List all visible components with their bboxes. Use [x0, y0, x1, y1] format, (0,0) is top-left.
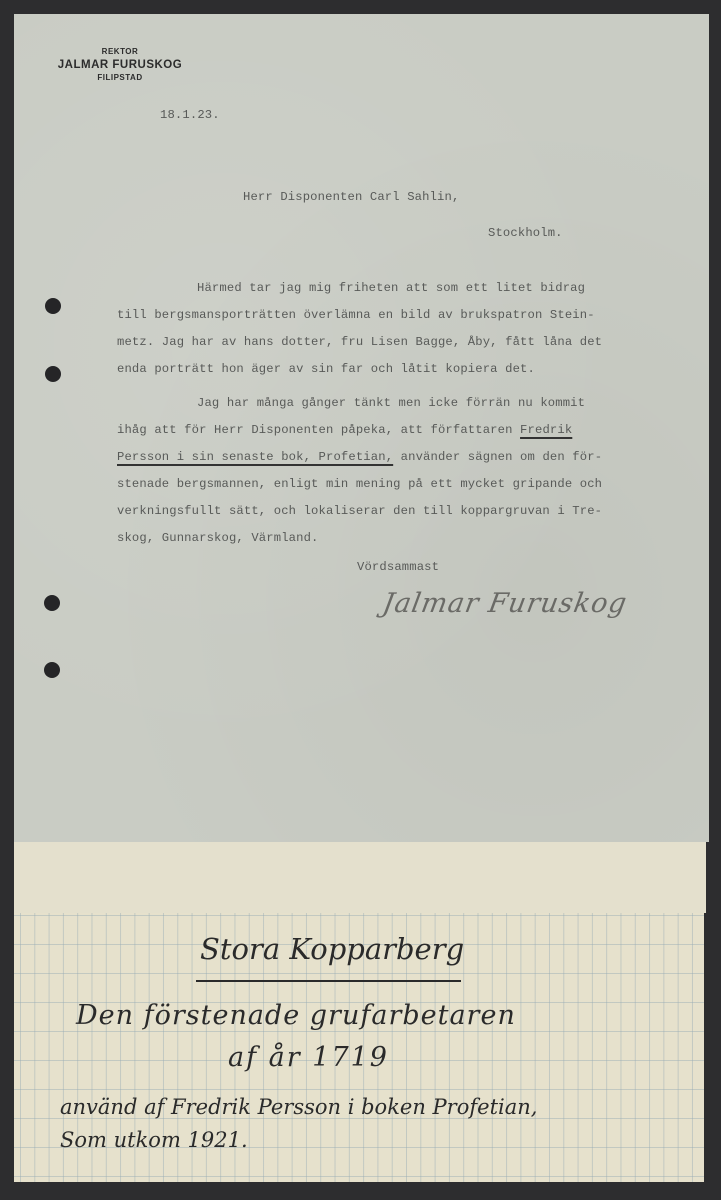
body-line: Jag har många gånger tänkt men icke förr…: [197, 396, 585, 410]
note-line: Den förstenade grufarbetaren: [76, 1000, 516, 1031]
paper-strip: [14, 842, 706, 913]
body-line: ihåg att för Herr Disponenten påpeka, at…: [117, 423, 572, 437]
body-line: metz. Jag har av hans dotter, fru Lisen …: [117, 335, 602, 349]
body-line: Persson i sin senaste bok, Profetian, an…: [117, 450, 602, 464]
heading-underline: [196, 980, 461, 982]
punch-hole: [44, 662, 60, 678]
letter-date: 18.1.23.: [160, 108, 220, 122]
punch-hole: [44, 595, 60, 611]
punch-hole: [45, 298, 61, 314]
closing: Vördsammast: [357, 560, 439, 574]
underlined-author: Fredrik: [520, 423, 572, 437]
body-line: verkningsfullt sätt, och lokaliserar den…: [117, 504, 602, 518]
body-line: enda porträtt hon äger av sin far och lå…: [117, 362, 535, 376]
note-line: af år 1719: [228, 1042, 389, 1073]
recipient-name: Herr Disponenten Carl Sahlin,: [243, 190, 459, 204]
punch-hole: [45, 366, 61, 382]
letterhead: REKTOR JALMAR FURUSKOG FILIPSTAD: [20, 46, 220, 84]
note-line: Som utkom 1921.: [60, 1128, 248, 1152]
body-line: till bergsmansporträtten överlämna en bi…: [117, 308, 595, 322]
body-line: Härmed tar jag mig friheten att som ett …: [197, 281, 585, 295]
note-heading: Stora Kopparberg: [200, 932, 464, 966]
letterhead-name: JALMAR FURUSKOG: [20, 58, 220, 72]
underlined-book: Persson i sin senaste bok, Profetian,: [117, 450, 393, 464]
letterhead-place: FILIPSTAD: [20, 72, 220, 84]
note-line: använd af Fredrik Persson i boken Profet…: [60, 1095, 537, 1119]
recipient-city: Stockholm.: [488, 226, 563, 240]
letterhead-title: REKTOR: [20, 46, 220, 58]
signature: Jalmar Furuskog: [380, 588, 629, 619]
body-line: skog, Gunnarskog, Värmland.: [117, 531, 319, 545]
body-line: stenade bergsmannen, enligt min mening p…: [117, 477, 602, 491]
